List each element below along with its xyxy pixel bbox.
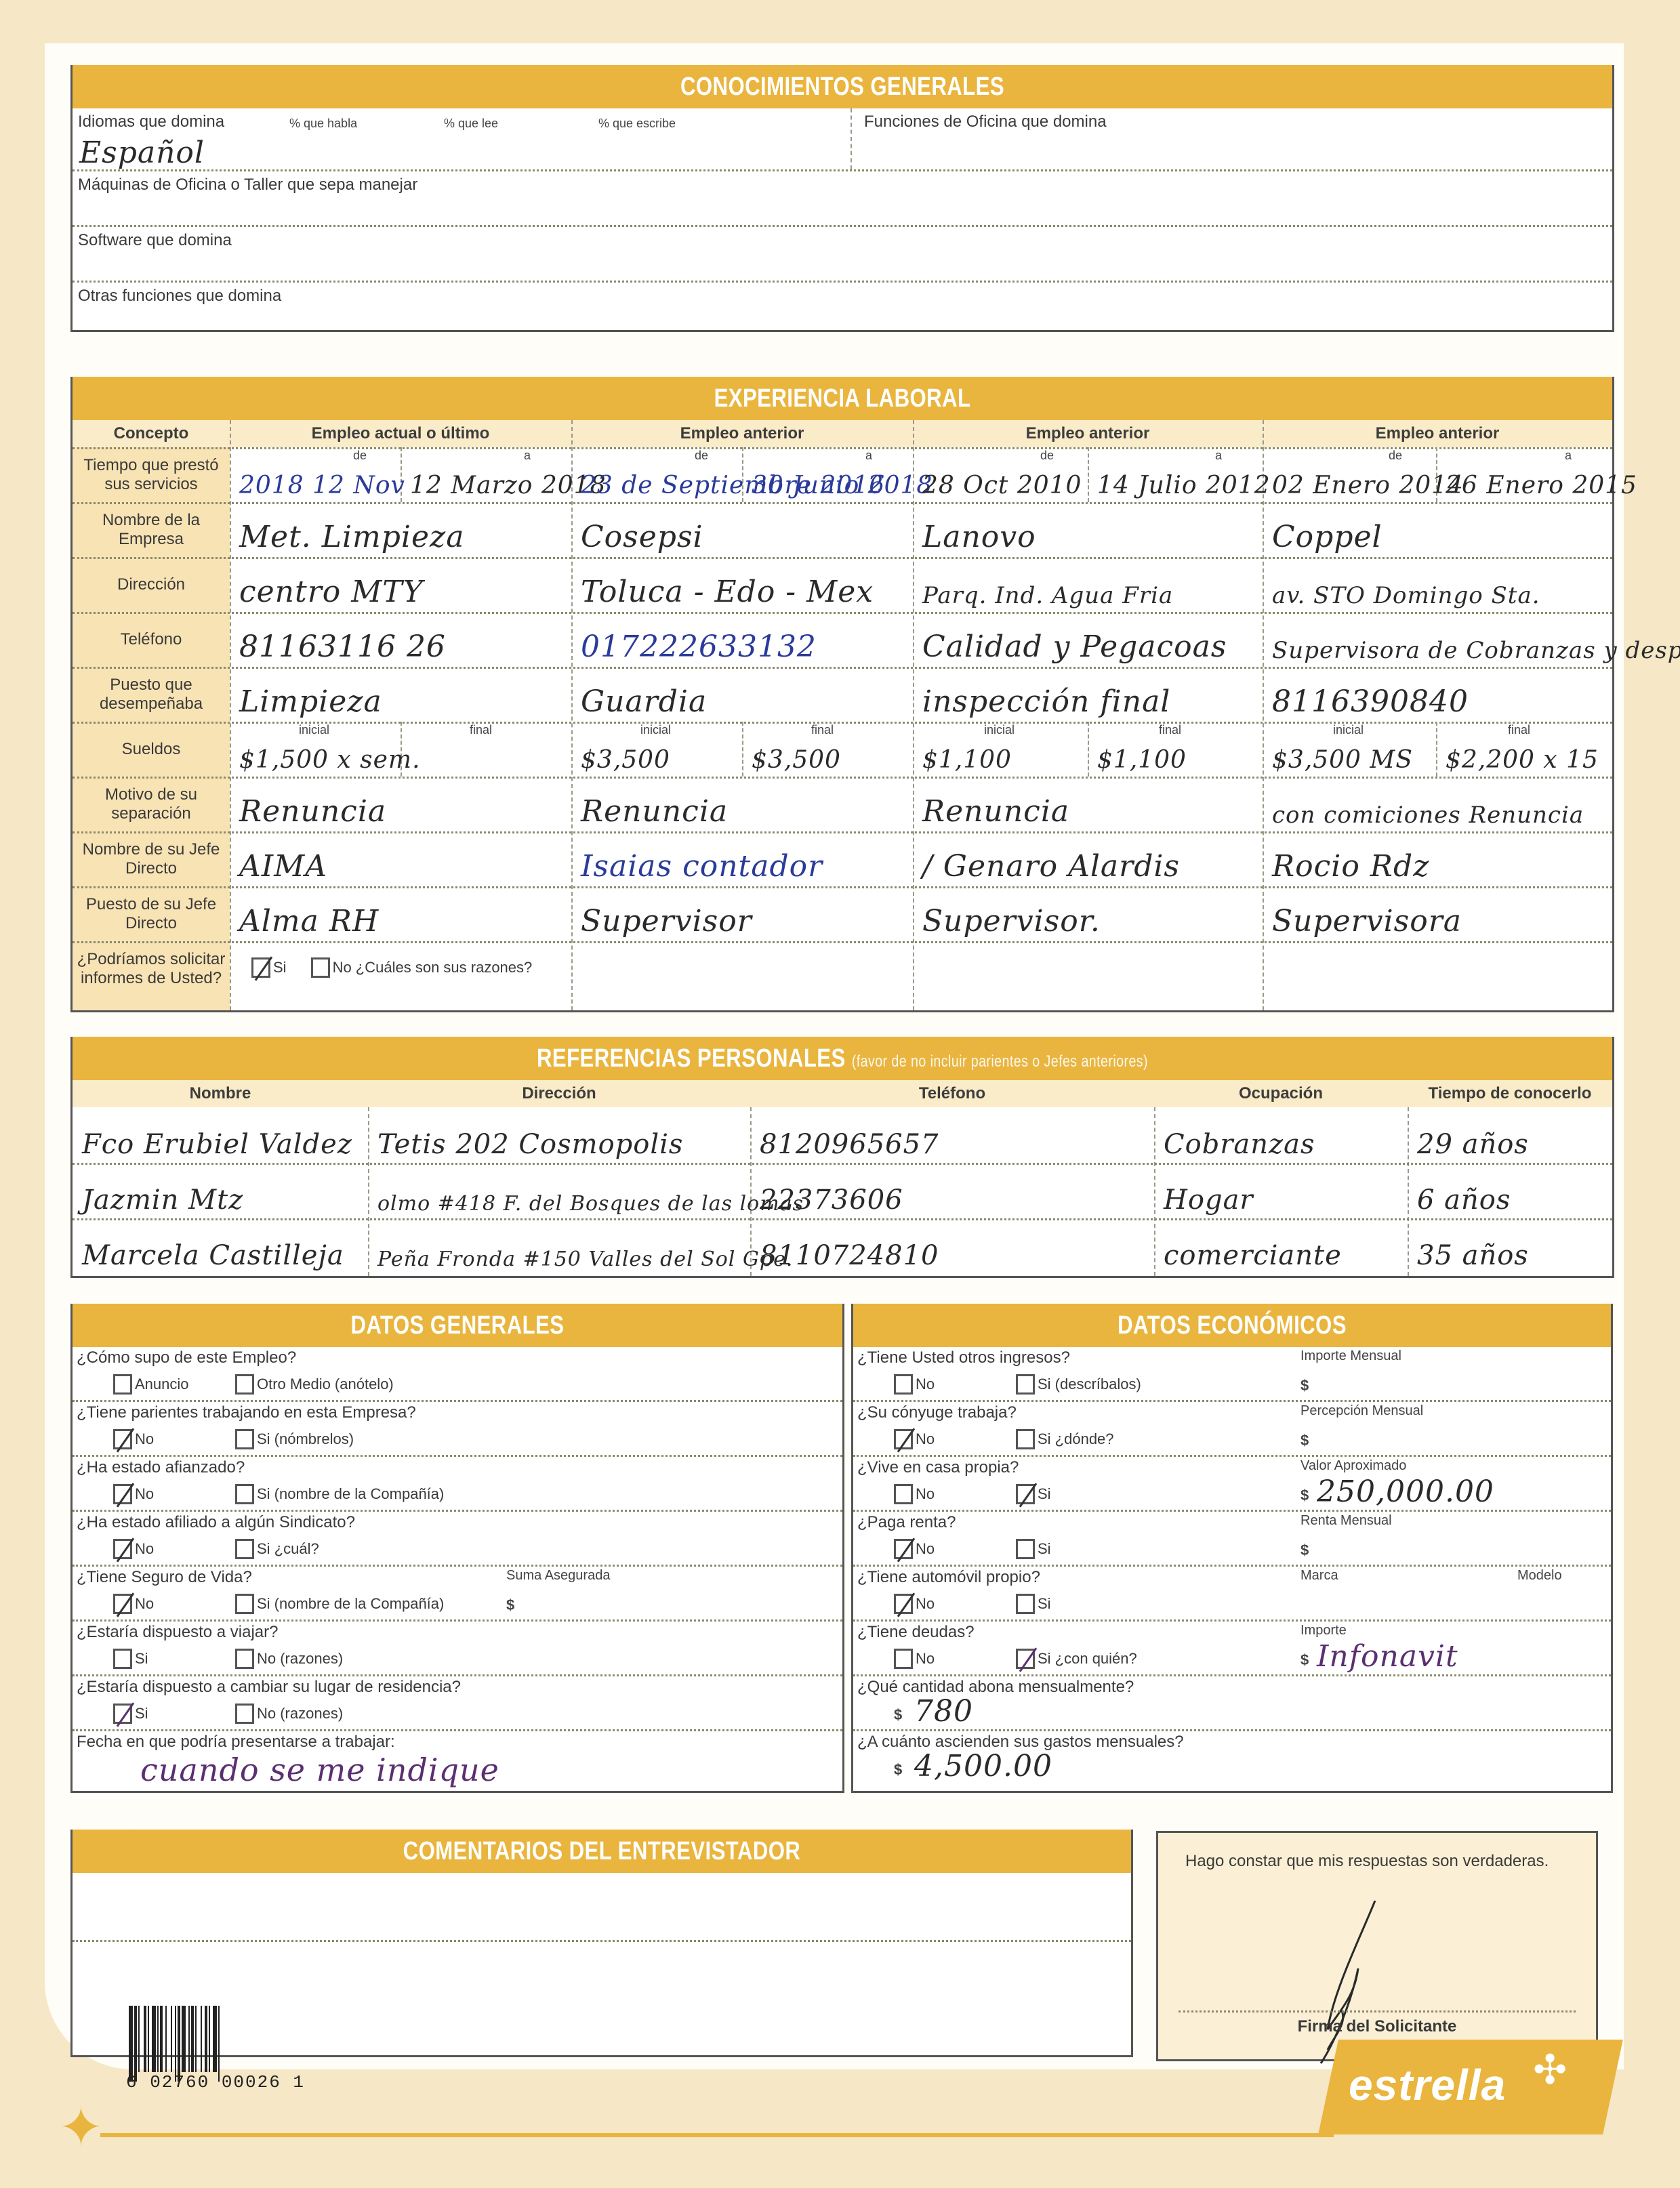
handwritten-value: Limpieza: [239, 684, 382, 719]
handwritten-value: $1,100: [1097, 746, 1187, 774]
currency-sign: $: [894, 1706, 902, 1724]
question-row: ¿Estaría dispuesto a viajar?SiNo (razone…: [73, 1622, 842, 1676]
option-0[interactable]: No: [894, 1539, 989, 1559]
checkbox[interactable]: [113, 1429, 132, 1449]
references-table: Fco Erubiel ValdezTetis 202 Cosmopolis81…: [73, 1107, 1612, 1276]
option-label: Otro Medio (anótelo): [257, 1376, 394, 1393]
table-cell[interactable]: 23 de Septiembre 2016: [571, 447, 742, 502]
handwritten-value: Supervisora de Cobranzas y despegado: [1272, 637, 1680, 664]
table-cell[interactable]: Marcela Castilleja: [73, 1218, 368, 1274]
option-label: Si ¿con quién?: [1038, 1650, 1137, 1668]
escribe-label: % que escribe: [598, 117, 676, 131]
handwritten-value: centro MTY: [239, 575, 424, 609]
question-options: NoSi ¿con quién?: [894, 1649, 1137, 1669]
checkbox[interactable]: [113, 1374, 132, 1395]
option-1[interactable]: Si ¿con quién?: [1016, 1649, 1137, 1669]
handwritten-value[interactable]: Infonavit: [1317, 1639, 1458, 1674]
checkbox[interactable]: [1016, 1649, 1035, 1669]
table-cell[interactable]: 6 años: [1408, 1163, 1612, 1218]
handwritten-value: 8120965657: [760, 1129, 939, 1160]
option-label: Si (nómbrelos): [257, 1430, 354, 1448]
handwritten-value: Supervisora: [1272, 904, 1462, 938]
table-cell[interactable]: centro MTY: [230, 557, 571, 612]
checkbox[interactable]: [894, 1539, 913, 1559]
section-title: REFERENCIAS PERSONALES (favor de no incl…: [178, 1037, 1507, 1080]
option-1[interactable]: Otro Medio (anótelo): [235, 1374, 394, 1395]
table-cell[interactable]: $1,100: [1088, 722, 1263, 777]
table-cell[interactable]: Fco Erubiel Valdez: [73, 1107, 368, 1163]
table-cell[interactable]: Calidad y Pegacoas: [913, 612, 1263, 667]
idiomas-field[interactable]: Idiomas que domina % que habla % que lee…: [73, 108, 852, 169]
checkbox[interactable]: [894, 1429, 913, 1449]
section-title-text: REFERENCIAS PERSONALES: [537, 1044, 846, 1073]
handwritten-value: 8110724810: [760, 1240, 939, 1271]
table-cell[interactable]: Supervisor: [571, 886, 913, 941]
column-header: Empleo anterior: [571, 420, 913, 447]
row-label: Sueldos: [73, 722, 230, 777]
question-label: ¿Tiene automóvil propio?: [857, 1568, 1040, 1587]
question-row: ¿Qué cantidad abona mensualmente?$780: [853, 1676, 1611, 1731]
table-cell[interactable]: 2018 12 Nov: [230, 447, 401, 502]
table-cell[interactable]: $2,200 x 15: [1436, 722, 1612, 777]
handwritten-value: Parq. Ind. Agua Fria: [922, 582, 1173, 609]
handwritten-value: 28 Oct 2010: [922, 472, 1082, 499]
option-0[interactable]: No: [894, 1374, 989, 1395]
checkbox[interactable]: [1016, 1539, 1035, 1559]
handwritten-value: 22373606: [760, 1184, 903, 1216]
table-cell[interactable]: Peña Fronda #150 Valles del Sol Gpe.: [368, 1218, 750, 1274]
table-cell[interactable]: olmo #418 F. del Bosques de las lomas: [368, 1163, 750, 1218]
checkbox[interactable]: [235, 1374, 254, 1395]
declaration-text: Hago constar que mis respuestas son verd…: [1185, 1852, 1549, 1871]
checkbox[interactable]: [235, 1429, 254, 1449]
option-0[interactable]: No: [113, 1594, 208, 1614]
row-label: Puesto que desempeñaba: [73, 667, 230, 722]
table-cell[interactable]: 30 Junio 2018: [742, 447, 913, 502]
field-label: Valor Aproximado: [1300, 1458, 1406, 1474]
table-cell[interactable]: 8116390840: [1263, 667, 1612, 722]
section-experiencia-laboral: EXPERIENCIA LABORAL ConceptoEmpleo actua…: [70, 377, 1614, 1012]
handwritten-value: 35 años: [1417, 1240, 1529, 1271]
table-cell[interactable]: Lanovo: [913, 502, 1263, 557]
idiomas-value: Español: [79, 136, 205, 170]
handwritten-value[interactable]: 4,500.00: [914, 1749, 1052, 1783]
brand-logo: estrella: [1349, 2060, 1506, 2110]
handwritten-value: con comiciones Renuncia: [1272, 802, 1584, 829]
table-cell[interactable]: con comiciones Renuncia: [1263, 777, 1612, 831]
fecha-label: Fecha en que podría presentarse a trabaj…: [77, 1733, 395, 1752]
handwritten-value: Supervisor: [581, 904, 752, 938]
handwritten-value: $1,500 x sem.: [239, 746, 421, 774]
option-1[interactable]: Si: [1016, 1594, 1051, 1614]
column-header: Concepto: [73, 420, 230, 447]
row-label: Dirección: [73, 557, 230, 612]
row-label: Nombre de la Empresa: [73, 502, 230, 557]
row-label: Nombre de su Jefe Directo: [73, 831, 230, 886]
question-row: ¿Cómo supo de este Empleo?AnuncioOtro Me…: [73, 1347, 842, 1402]
option-0[interactable]: Si: [113, 1704, 208, 1724]
table-cell[interactable]: Tetis 202 Cosmopolis: [368, 1107, 750, 1163]
table-cell[interactable]: av. STO Domingo Sta.: [1263, 557, 1612, 612]
star-logo-icon: ✣: [1533, 2046, 1567, 2094]
table-cell[interactable]: 28 Oct 2010: [913, 447, 1088, 502]
question-options: NoSi (nómbrelos): [113, 1429, 354, 1449]
question-label: ¿Cómo supo de este Empleo?: [77, 1348, 296, 1367]
checkbox[interactable]: [1016, 1429, 1035, 1449]
handwritten-value: Lanovo: [922, 520, 1036, 554]
table-cell[interactable]: 26 Enero 2015: [1436, 447, 1612, 502]
question-label: ¿Estaría dispuesto a cambiar su lugar de…: [77, 1678, 461, 1697]
currency-sign: $: [1300, 1542, 1309, 1559]
question-options: AnuncioOtro Medio (anótelo): [113, 1374, 394, 1395]
option-label: Si (nombre de la Compañía): [257, 1595, 444, 1613]
column-header: Empleo anterior: [913, 420, 1263, 447]
table-cell[interactable]: $1,500 x sem.: [230, 722, 401, 777]
section-title: DATOS ECONÓMICOS: [888, 1304, 1576, 1347]
checkbox-no[interactable]: [311, 957, 330, 978]
fecha-value[interactable]: cuando se me indique: [140, 1752, 499, 1788]
question-label: ¿Estaría dispuesto a viajar?: [77, 1623, 278, 1642]
checkbox-si[interactable]: [251, 957, 270, 978]
table-cell[interactable]: / Genaro Alardis: [913, 831, 1263, 886]
option-label: Si: [273, 959, 287, 976]
handwritten-value: Rocio Rdz: [1272, 849, 1429, 884]
section-referencias-personales: REFERENCIAS PERSONALES (favor de no incl…: [70, 1037, 1614, 1278]
table-cell[interactable]: 29 años: [1408, 1107, 1612, 1163]
question-options: NoSi ¿cuál?: [113, 1539, 319, 1559]
currency-sign: $: [506, 1596, 514, 1614]
checkbox[interactable]: [894, 1484, 913, 1504]
table-cell[interactable]: 12 Marzo 2018: [401, 447, 571, 502]
table-cell[interactable]: $3,500: [742, 722, 913, 777]
corner-star-icon: ✦: [58, 2101, 104, 2155]
question-row: ¿Vive en casa propia?NoSiValor Aproximad…: [853, 1457, 1611, 1512]
question-label: ¿Tiene Seguro de Vida?: [77, 1568, 252, 1587]
handwritten-value: 30 Junio 2018: [752, 472, 933, 499]
handwritten-value: Tetis 202 Cosmopolis: [377, 1129, 683, 1160]
handwritten-value: Jazmin Mtz: [82, 1184, 243, 1216]
handwritten-value: 6 años: [1417, 1184, 1511, 1216]
question-options: NoSi: [894, 1594, 1051, 1614]
handwritten-value: $3,500 MS: [1272, 746, 1413, 774]
lee-label: % que lee: [444, 117, 498, 131]
handwritten-value: Alma RH: [239, 904, 379, 938]
otras-funciones-label: Otras funciones que domina: [78, 287, 281, 305]
option-label: Si ¿dónde?: [1038, 1430, 1114, 1448]
table-cell[interactable]: Cobranzas: [1154, 1107, 1408, 1163]
table-cell[interactable]: Coppel: [1263, 502, 1612, 557]
question-label: ¿Paga renta?: [857, 1513, 956, 1532]
question-row: ¿Tiene Usted otros ingresos?NoSi (descrí…: [853, 1347, 1611, 1402]
option-0[interactable]: No: [113, 1429, 208, 1449]
handwritten-value: Calidad y Pegacoas: [922, 629, 1227, 664]
signature-box: Hago constar que mis respuestas son verd…: [1156, 1831, 1598, 2061]
row-label: Puesto de su Jefe Directo: [73, 886, 230, 941]
option-1[interactable]: Si: [1016, 1484, 1051, 1504]
table-cell[interactable]: 8110724810: [750, 1218, 1154, 1274]
field-label: Modelo: [1517, 1568, 1562, 1584]
option-label: Si: [1038, 1540, 1051, 1558]
checkbox[interactable]: [235, 1704, 254, 1724]
checkbox[interactable]: [1016, 1484, 1035, 1504]
currency-sign: $: [1300, 1377, 1309, 1395]
option-0[interactable]: No: [894, 1649, 989, 1669]
informes-no-option[interactable]: No ¿Cuáles son sus razones?: [311, 957, 533, 978]
table-cell[interactable]: Met. Limpieza: [230, 502, 571, 557]
handwritten-value: Supervisor.: [922, 904, 1101, 938]
informes-si-option[interactable]: Si: [251, 957, 287, 978]
checkbox[interactable]: [235, 1484, 254, 1504]
column-header: Empleo actual o último: [230, 420, 571, 447]
row-label: ¿Podríamos solicitar informes de Usted?: [73, 941, 230, 996]
option-1[interactable]: No (razones): [235, 1649, 343, 1669]
option-0[interactable]: No: [894, 1484, 989, 1504]
section-title: CONOCIMIENTOS GENERALES: [178, 65, 1507, 108]
handwritten-value: Renuncia: [581, 794, 728, 829]
habla-label: % que habla: [289, 117, 357, 131]
checkbox[interactable]: [894, 1374, 913, 1395]
question-row: ¿Tiene parientes trabajando en esta Empr…: [73, 1402, 842, 1457]
question-row: ¿Ha estado afiliado a algún Sindicato?No…: [73, 1512, 842, 1567]
question-row: ¿Ha estado afianzado?NoSi (nombre de la …: [73, 1457, 842, 1512]
footer-rule: [100, 2133, 1334, 2137]
table-cell[interactable]: Renuncia: [913, 777, 1263, 831]
option-label: No ¿Cuáles son sus razones?: [333, 959, 533, 976]
table-cell[interactable]: Toluca - Edo - Mex: [571, 557, 913, 612]
option-label: No: [916, 1540, 935, 1558]
currency-sign: $: [894, 1761, 902, 1779]
maquinas-field[interactable]: Máquinas de Oficina o Taller que sepa ma…: [73, 171, 1612, 227]
option-0[interactable]: No: [113, 1539, 208, 1559]
handwritten-value: Hogar: [1164, 1184, 1254, 1216]
section-title: COMENTARIOS DEL ENTREVISTADOR: [134, 1830, 1069, 1873]
handwritten-value: Renuncia: [239, 794, 386, 829]
question-label: ¿Ha estado afianzado?: [77, 1458, 245, 1477]
handwritten-value: Renuncia: [922, 794, 1069, 829]
checkbox[interactable]: [113, 1484, 132, 1504]
table-cell[interactable]: AIMA: [230, 831, 571, 886]
handwritten-value: 29 años: [1417, 1129, 1529, 1160]
column-header: Nombre: [73, 1080, 368, 1107]
checkbox[interactable]: [235, 1539, 254, 1559]
checkbox[interactable]: [113, 1704, 132, 1724]
funciones-oficina-field[interactable]: Funciones de Oficina que domina: [859, 108, 1612, 169]
signature-line[interactable]: [1179, 2010, 1576, 2012]
field-label: Importe Mensual: [1300, 1348, 1401, 1364]
idiomas-label: Idiomas que domina: [78, 112, 224, 131]
question-label: ¿Su cónyuge trabaja?: [857, 1403, 1017, 1422]
handwritten-value[interactable]: 780: [914, 1694, 973, 1729]
question-options: NoSi (nombre de la Compañía): [113, 1484, 444, 1504]
datos-economicos-list: ¿Tiene Usted otros ingresos?NoSi (descrí…: [853, 1347, 1611, 1791]
question-label: ¿Qué cantidad abona mensualmente?: [857, 1678, 1134, 1697]
checkbox[interactable]: [113, 1649, 132, 1669]
table-cell[interactable]: Renuncia: [230, 777, 571, 831]
handwritten-value: 81163116 26: [239, 629, 446, 664]
handwritten-value[interactable]: 250,000.00: [1317, 1474, 1494, 1509]
table-cell[interactable]: Cosepsi: [571, 502, 913, 557]
handwritten-value: Cosepsi: [581, 520, 703, 554]
checkbox[interactable]: [235, 1594, 254, 1614]
maquinas-label: Máquinas de Oficina o Taller que sepa ma…: [78, 176, 417, 194]
checkbox[interactable]: [1016, 1594, 1035, 1614]
question-options: SiNo (razones): [113, 1649, 343, 1669]
question-row: ¿Tiene deudas?NoSi ¿con quién?Importe$In…: [853, 1622, 1611, 1676]
option-1[interactable]: Si (nombre de la Compañía): [235, 1594, 444, 1614]
checkbox[interactable]: [1016, 1374, 1035, 1395]
option-0[interactable]: No: [894, 1594, 989, 1614]
question-label: ¿Tiene parientes trabajando en esta Empr…: [77, 1403, 416, 1422]
option-label: Si: [1038, 1485, 1051, 1503]
question-row: ¿Tiene Seguro de Vida?NoSi (nombre de la…: [73, 1567, 842, 1622]
row-label: Teléfono: [73, 612, 230, 667]
option-label: Si: [135, 1650, 148, 1668]
option-1[interactable]: No (razones): [235, 1704, 343, 1724]
section-subtitle: (favor de no incluir parientes o Jefes a…: [852, 1052, 1148, 1071]
references-header: NombreDirecciónTeléfonoOcupaciónTiempo d…: [73, 1080, 1612, 1107]
option-0[interactable]: No: [894, 1429, 989, 1449]
handwritten-value: Isaias contador: [581, 849, 823, 884]
checkbox[interactable]: [113, 1594, 132, 1614]
table-cell[interactable]: inspección final: [913, 667, 1263, 722]
question-options: SiNo (razones): [113, 1704, 343, 1724]
question-label: ¿Tiene deudas?: [857, 1623, 975, 1642]
table-cell[interactable]: [401, 722, 571, 777]
datos-generales-list: ¿Cómo supo de este Empleo?AnuncioOtro Me…: [73, 1347, 842, 1791]
option-1[interactable]: Si ¿cuál?: [235, 1539, 319, 1559]
question-options: NoSi (nombre de la Compañía): [113, 1594, 444, 1614]
option-label: No: [135, 1595, 154, 1613]
signature-label: Firma del Solicitante: [1158, 2017, 1596, 2036]
funciones-oficina-label: Funciones de Oficina que domina: [864, 112, 1107, 131]
option-label: No: [135, 1430, 154, 1448]
column-header: Dirección: [368, 1080, 750, 1107]
row-label: Tiempo que prestó sus servicios: [73, 447, 230, 502]
table-cell[interactable]: 81163116 26: [230, 612, 571, 667]
table-cell[interactable]: Supervisora: [1263, 886, 1612, 941]
checkbox[interactable]: [894, 1649, 913, 1669]
handwritten-value: comerciante: [1164, 1240, 1342, 1271]
table-cell[interactable]: Rocio Rdz: [1263, 831, 1612, 886]
table-cell[interactable]: Renuncia: [571, 777, 913, 831]
table-cell[interactable]: Guardia: [571, 667, 913, 722]
handwritten-value: inspección final: [922, 684, 1170, 719]
experience-table: ConceptoEmpleo actual o últimoEmpleo ant…: [73, 420, 1612, 1010]
table-cell[interactable]: Isaias contador: [571, 831, 913, 886]
option-1[interactable]: Si (nómbrelos): [235, 1429, 354, 1449]
section-title: DATOS GENERALES: [108, 1304, 806, 1347]
table-cell[interactable]: comerciante: [1154, 1218, 1408, 1274]
table-cell[interactable]: 8120965657: [750, 1107, 1154, 1163]
table-cell[interactable]: Limpieza: [230, 667, 571, 722]
field-label: Suma Asegurada: [506, 1568, 610, 1584]
table-cell[interactable]: Hogar: [1154, 1163, 1408, 1218]
checkbox[interactable]: [235, 1649, 254, 1669]
option-0[interactable]: Si: [113, 1649, 208, 1669]
question-options: NoSi: [894, 1539, 1051, 1559]
question-label: ¿Vive en casa propia?: [857, 1458, 1019, 1477]
handwritten-value: $3,500: [752, 746, 841, 774]
informes-options: SiNo ¿Cuáles son sus razones?: [242, 941, 541, 996]
handwritten-value: $3,500: [581, 746, 670, 774]
section-conocimientos-generales: CONOCIMIENTOS GENERALES Idiomas que domi…: [70, 65, 1614, 332]
table-cell[interactable]: 017222633132: [571, 612, 913, 667]
option-label: No (razones): [257, 1705, 343, 1722]
table-cell[interactable]: $3,500: [571, 722, 742, 777]
column-header: Tiempo de conocerlo: [1408, 1080, 1612, 1107]
otras-funciones-field[interactable]: Otras funciones que domina: [73, 283, 1612, 330]
table-cell[interactable]: Parq. Ind. Agua Fria: [913, 557, 1263, 612]
option-label: Si (descríbalos): [1038, 1376, 1141, 1393]
section-title: EXPERIENCIA LABORAL: [178, 377, 1507, 420]
table-cell[interactable]: 14 Julio 2012: [1088, 447, 1263, 502]
table-cell[interactable]: 22373606: [750, 1163, 1154, 1218]
table-cell[interactable]: Alma RH: [230, 886, 571, 941]
question-options: NoSi (descríbalos): [894, 1374, 1141, 1395]
handwritten-value: 02 Enero 2014: [1272, 472, 1464, 499]
currency-sign: $: [1300, 1651, 1309, 1669]
software-field[interactable]: Software que domina: [73, 227, 1612, 283]
table-cell[interactable]: 02 Enero 2014: [1263, 447, 1436, 502]
table-cell[interactable]: 35 años: [1408, 1218, 1612, 1274]
handwritten-value: 017222633132: [581, 629, 817, 664]
table-cell[interactable]: $3,500 MS: [1263, 722, 1436, 777]
handwritten-value: Peña Fronda #150 Valles del Sol Gpe.: [377, 1247, 793, 1271]
checkbox[interactable]: [894, 1594, 913, 1614]
barcode-number: 6 02760 00026 1: [126, 2072, 305, 2092]
row-label: Motivo de su separación: [73, 777, 230, 831]
handwritten-value: AIMA: [239, 849, 327, 884]
handwritten-value: 8116390840: [1272, 684, 1469, 719]
column-header: Ocupación: [1154, 1080, 1408, 1107]
option-label: No: [135, 1485, 154, 1503]
option-1[interactable]: Si (descríbalos): [1016, 1374, 1141, 1395]
field-label: Marca: [1300, 1568, 1338, 1584]
option-label: Si: [1038, 1595, 1051, 1613]
column-header: Empleo anterior: [1263, 420, 1612, 447]
question-options: NoSi: [894, 1484, 1051, 1504]
checkbox[interactable]: [113, 1539, 132, 1559]
question-options: NoSi ¿dónde?: [894, 1429, 1114, 1449]
comment-line-1[interactable]: [73, 1873, 1131, 1942]
software-label: Software que domina: [78, 231, 232, 249]
field-label: Renta Mensual: [1300, 1513, 1392, 1529]
currency-sign: $: [1300, 1487, 1309, 1504]
handwritten-value: Marcela Castilleja: [82, 1240, 344, 1271]
handwritten-value: $1,100: [922, 746, 1012, 774]
option-0[interactable]: Anuncio: [113, 1374, 208, 1395]
question-label: ¿Ha estado afiliado a algún Sindicato?: [77, 1513, 355, 1532]
handwritten-value: Coppel: [1272, 520, 1382, 554]
option-0[interactable]: No: [113, 1484, 208, 1504]
option-label: No: [916, 1376, 935, 1393]
currency-sign: $: [1300, 1432, 1309, 1449]
option-label: No: [916, 1430, 935, 1448]
option-1[interactable]: Si: [1016, 1539, 1051, 1559]
question-row: ¿Tiene automóvil propio?NoSiMarcaModelo: [853, 1567, 1611, 1622]
option-label: Anuncio: [135, 1376, 189, 1393]
table-cell[interactable]: $1,100: [913, 722, 1088, 777]
table-cell[interactable]: Supervisora de Cobranzas y despegado: [1263, 612, 1612, 667]
option-label: Si: [135, 1705, 148, 1722]
handwritten-value: av. STO Domingo Sta.: [1272, 582, 1540, 609]
table-cell[interactable]: Jazmin Mtz: [73, 1163, 368, 1218]
table-cell[interactable]: Supervisor.: [913, 886, 1263, 941]
option-1[interactable]: Si (nombre de la Compañía): [235, 1484, 444, 1504]
option-1[interactable]: Si ¿dónde?: [1016, 1429, 1114, 1449]
handwritten-value: Guardia: [581, 684, 707, 719]
option-label: No (razones): [257, 1650, 343, 1668]
